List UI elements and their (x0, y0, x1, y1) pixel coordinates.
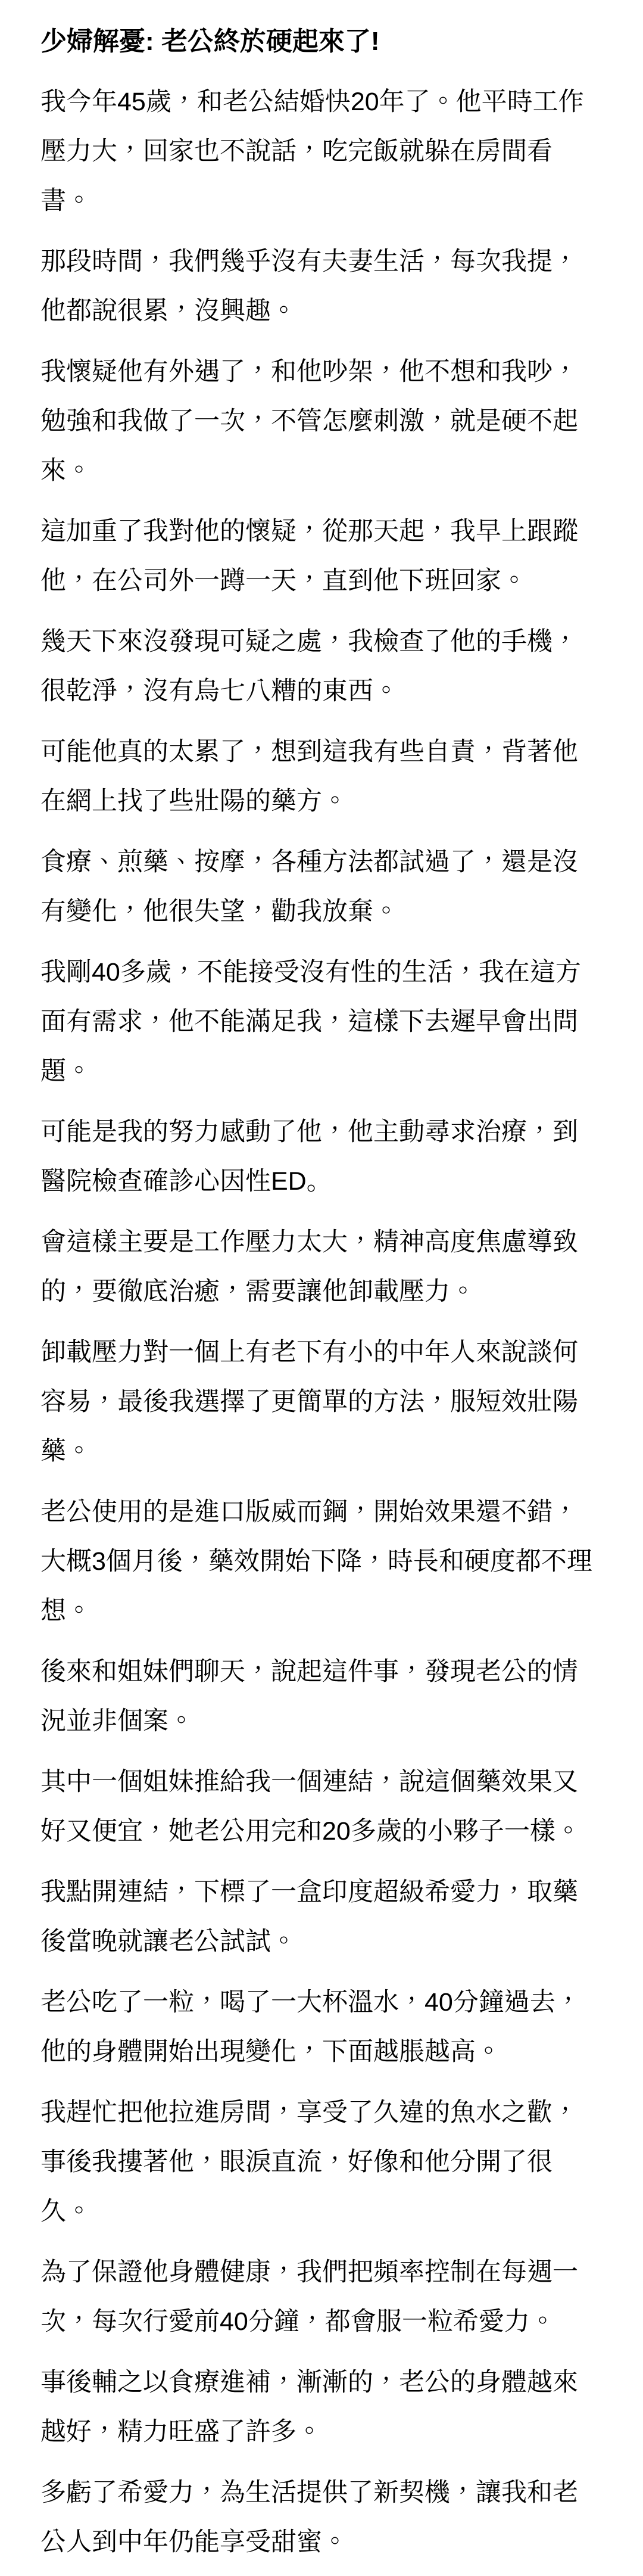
paragraph: 會這樣主要是工作壓力太大，精神高度焦慮導致的，要徹底治癒，需要讓他卸載壓力。 (40, 1218, 603, 1317)
paragraph: 卸載壓力對一個上有老下有小的中年人來說談何容易，最後我選擇了更簡單的方法，服短效… (40, 1328, 603, 1476)
paragraph: 後來和姐妹們聊天，說起這件事，發現老公的情況並非個案。 (40, 1647, 603, 1746)
paragraph: 為了保證他身體健康，我們把頻率控制在每週一次，每次行愛前40分鐘，都會服一粒希愛… (40, 2248, 603, 2347)
paragraph: 我點開連結，下標了一盒印度超級希愛力，取藥後當晚就讓老公試試。 (40, 1868, 603, 1967)
paragraph: 可能他真的太累了，想到這我有些自責，背著他在網上找了些壯陽的藥方。 (40, 727, 603, 826)
paragraph: 我懷疑他有外遇了，和他吵架，他不想和我吵，勉強和我做了一次，不管怎麼刺激，就是硬… (40, 347, 603, 496)
paragraph: 我今年45歲，和老公結婚快20年了。他平時工作壓力大，回家也不說話，吃完飯就躲在… (40, 77, 603, 226)
paragraph: 可能是我的努力感動了他，他主動尋求治療，到醫院檢查確診心因性ED。 (40, 1107, 603, 1206)
paragraph: 食療、煎藥、按摩，各種方法都試過了，還是沒有變化，他很失望，勸我放棄。 (40, 838, 603, 937)
paragraph: 這加重了我對他的懷疑，從那天起，我早上跟蹤他，在公司外一蹲一天，直到他下班回家。 (40, 507, 603, 606)
paragraph: 老公吃了一粒，喝了一大杯溫水，40分鐘過去，他的身體開始出現變化，下面越脹越高。 (40, 1978, 603, 2077)
article-page: 少婦解憂: 老公終於硬起來了! 我今年45歲，和老公結婚快20年了。他平時工作壓… (0, 0, 643, 2576)
paragraph: 我趕忙把他拉進房間，享受了久違的魚水之歡，事後我摟著他，眼淚直流，好像和他分開了… (40, 2088, 603, 2236)
paragraph: 我剛40多歲，不能接受沒有性的生活，我在這方面有需求，他不能滿足我，這樣下去遲早… (40, 948, 603, 1096)
paragraph: 其中一個姐妹推給我一個連結，說這個藥效果又好又便宜，她老公用完和20多歲的小夥子… (40, 1757, 603, 1856)
paragraph: 老公使用的是進口版威而鋼，開始效果還不錯，大概3個月後，藥效開始下降，時長和硬度… (40, 1488, 603, 1636)
paragraph: 那段時間，我們幾乎沒有夫妻生活，每次我提，他都說很累，沒興趣。 (40, 237, 603, 336)
paragraph: 多虧了希愛力，為生活提供了新契機，讓我和老公人到中年仍能享受甜蜜。 (40, 2468, 603, 2567)
paragraph: 幾天下來沒發現可疑之處，我檢查了他的手機，很乾淨，沒有烏七八糟的東西。 (40, 617, 603, 716)
paragraph: 事後輔之以食療進補，漸漸的，老公的身體越來越好，精力旺盛了許多。 (40, 2358, 603, 2457)
article-title: 少婦解憂: 老公終於硬起來了! (40, 17, 603, 66)
article-body: 我今年45歲，和老公結婚快20年了。他平時工作壓力大，回家也不說話，吃完飯就躲在… (40, 77, 603, 2567)
